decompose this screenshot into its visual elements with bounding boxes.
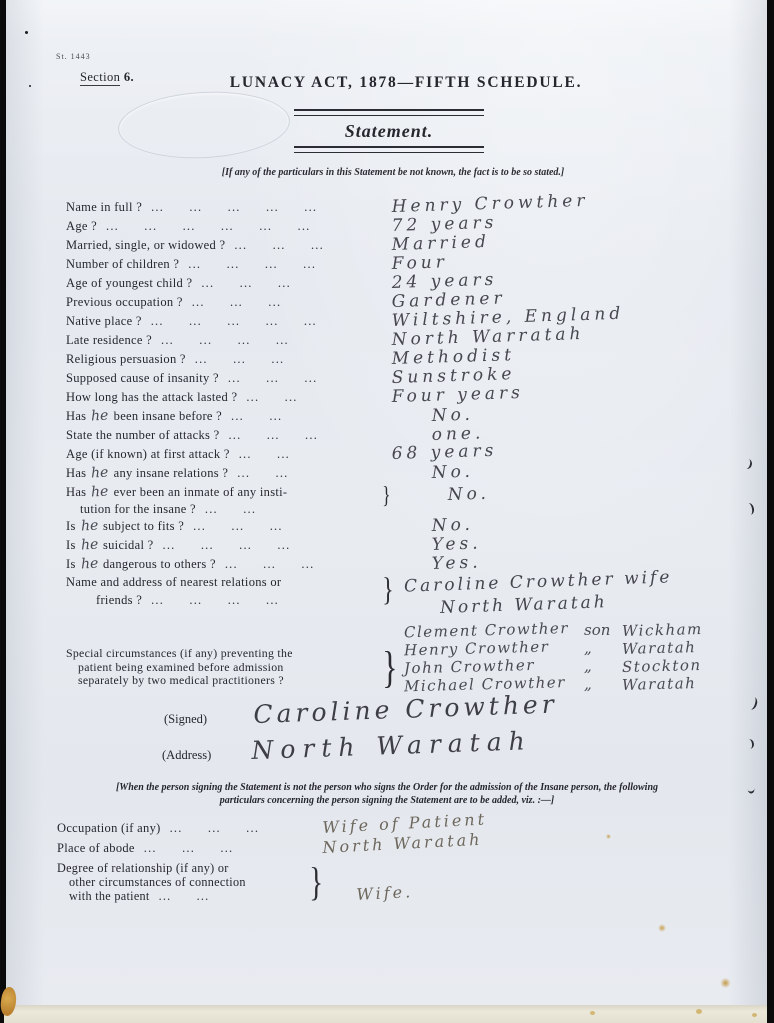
label-line: Married, single, or widowed ?... ... ...	[66, 236, 380, 255]
address-label: (Address)	[162, 748, 228, 763]
question-label-block: Ishesubject to fits ?... ... ...	[66, 517, 380, 536]
label-line: Name in full ?... ... ... ... ...	[66, 198, 380, 217]
question-label: patient being examined before admission	[78, 661, 284, 675]
label-line: Supposed cause of insanity ?... ... ...	[66, 369, 380, 388]
dot-leaders: ... ... ...	[161, 818, 307, 838]
stain	[720, 978, 731, 988]
question-label: Native place ?	[66, 312, 142, 331]
dot-leaders: ... ... ...	[184, 517, 380, 536]
footer-row: Place of abode... ... ... North Waratah	[57, 838, 677, 858]
question-label-block: Married, single, or widowed ?... ... ...	[66, 236, 380, 255]
pronoun-he: he	[75, 554, 103, 574]
question-label: Has	[66, 464, 86, 483]
dot-leaders: ... ...	[230, 445, 380, 464]
question-label: Religious persuasion ?	[66, 350, 186, 369]
pronoun-he: he	[75, 516, 103, 536]
question-row: Late residence ?... ... ... ...North War…	[66, 331, 762, 350]
relative-place: Stockton	[622, 656, 702, 676]
question-row: Hasheany insane relations ?... ...No.	[66, 464, 762, 483]
section-label: Section 6.	[80, 70, 134, 85]
stain	[658, 924, 666, 932]
address-row: (Address) North Waratah	[162, 736, 532, 765]
signed-label: (Signed)	[164, 712, 230, 727]
label-line: Ishesubject to fits ?... ... ...	[66, 517, 380, 536]
label-line: Age of youngest child ?... ... ...	[66, 274, 380, 293]
dot-leaders: ... ... ...	[216, 555, 380, 574]
label-line: Religious persuasion ?... ... ...	[66, 350, 380, 369]
question-row: Hasheever been an inmate of any insti-tu…	[66, 483, 762, 517]
question-label-block: Special circumstances (if any) preventin…	[66, 621, 380, 688]
answer-block: Caroline Crowther wife North Waratah	[404, 571, 672, 615]
stain	[590, 1011, 595, 1015]
label-line: Hashebeen insane before ?... ...	[66, 407, 380, 426]
question-label: Occupation (if any)	[57, 818, 161, 838]
relatives-list: Clement CrowthersonWickhamHenry Crowther…	[404, 621, 762, 693]
stain	[752, 1013, 757, 1017]
question-row: Married, single, or widowed ?... ... ...…	[66, 236, 762, 255]
label-line: Age (if known) at first attack ?... ...	[66, 445, 380, 464]
label-line: Number of children ?... ... ... ...	[66, 255, 380, 274]
label-line: separately by two medical practitioners …	[66, 674, 392, 688]
question-label-block: Late residence ?... ... ... ...	[66, 331, 380, 350]
relative-entry: Michael Crowther„Waratah	[404, 675, 762, 693]
label-line: Ishedangerous to others ?... ... ...	[66, 555, 380, 574]
dot-leaders: ... ... ... ...	[154, 536, 380, 555]
question-label-block: Previous occupation ?... ... ...	[66, 293, 380, 312]
question-label: been insane before ?	[114, 407, 222, 426]
question-label: Name in full ?	[66, 198, 142, 217]
dot-leaders: ... ...	[228, 464, 380, 483]
ditto-mark: son	[584, 621, 622, 639]
question-label: any insane relations ?	[114, 464, 229, 483]
ditto-mark: „	[584, 657, 622, 675]
label-line: patient being examined before admission	[66, 661, 392, 675]
question-row: Supposed cause of insanity ?... ... ...S…	[66, 369, 762, 388]
question-row: Native place ?... ... ... ... ...Wiltshi…	[66, 312, 762, 331]
question-label-block: State the number of attacks ?... ... ...	[66, 426, 380, 445]
label-line: State the number of attacks ?... ... ...	[66, 426, 380, 445]
question-label-block: Ishedangerous to others ?... ... ...	[66, 555, 380, 574]
label-line: with the patient... ...	[57, 889, 319, 903]
double-rule-top	[294, 109, 484, 116]
addendum-note-line: particulars concerning the person signin…	[28, 795, 746, 808]
question-row: Age (if known) at first attack ?... ...6…	[66, 445, 762, 464]
label-line: Degree of relationship (if any) or	[57, 861, 307, 875]
question-row: How long has the attack lasted ?... ...F…	[66, 388, 762, 407]
ink-speck	[25, 31, 28, 34]
ink-speck	[29, 85, 31, 87]
question-label: dangerous to others ?	[103, 555, 216, 574]
question-label-block: Age ?... ... ... ... ... ...	[66, 217, 380, 236]
question-label: Degree of relationship (if any) or	[57, 861, 229, 875]
label-line: Late residence ?... ... ... ...	[66, 331, 380, 350]
section-word: Section	[80, 70, 120, 86]
stain	[696, 1009, 702, 1014]
question-label-block: Number of children ?... ... ... ...	[66, 255, 380, 274]
question-label-block: How long has the attack lasted ?... ...	[66, 388, 380, 407]
dot-leaders: ... ... ...	[183, 293, 380, 312]
question-label-block: Religious persuasion ?... ... ...	[66, 350, 380, 369]
pronoun-he: he	[86, 463, 114, 483]
relative-place: Waratah	[622, 638, 697, 658]
question-label-block: Degree of relationship (if any) or other…	[57, 861, 307, 903]
label-line: Occupation (if any)... ... ...	[57, 818, 307, 838]
question-label: Has	[66, 407, 86, 426]
label-line: Hasheever been an inmate of any insti-	[66, 483, 380, 502]
relations-section: Name and address of nearest relations or…	[66, 573, 762, 693]
question-row: Name in full ?... ... ... ... ...Henry C…	[66, 198, 762, 217]
question-label-block: Name and address of nearest relations or…	[66, 573, 380, 609]
question-label-block: Hashebeen insane before ?... ...	[66, 407, 380, 426]
dot-leaders: ... ...	[237, 388, 380, 407]
question-row: Age of youngest child ?... ... ...24 yea…	[66, 274, 762, 293]
label-line: Hasheany insane relations ?... ...	[66, 464, 380, 483]
question-label-block: Native place ?... ... ... ... ...	[66, 312, 380, 331]
brace: }	[309, 861, 321, 903]
question-label-block: Hasheany insane relations ?... ...	[66, 464, 380, 483]
question-label: Previous occupation ?	[66, 293, 183, 312]
question-label: suicidal ?	[103, 536, 154, 555]
question-label-block: Place of abode... ... ...	[57, 838, 307, 858]
statement-heading: Statement.	[294, 116, 484, 146]
question-label: separately by two medical practitioners …	[78, 674, 284, 688]
addendum-note: [When the person signing the Statement i…	[28, 782, 746, 807]
ditto-mark: „	[584, 639, 622, 657]
question-label: Special circumstances (if any) preventin…	[66, 647, 293, 661]
answer-value: No.	[431, 463, 474, 483]
section-number: 6.	[124, 70, 134, 84]
under-sheet-edge	[4, 1005, 767, 1023]
question-label: tution for the insane ?	[80, 502, 196, 517]
question-label-block: Ishesuicidal ?... ... ... ...	[66, 536, 380, 555]
question-row: State the number of attacks ?... ... ...…	[66, 426, 762, 445]
instruction-note: [If any of the particulars in this State…	[98, 167, 688, 178]
question-row: Hashebeen insane before ?... ...No.	[66, 407, 762, 426]
document-title: LUNACY ACT, 1878—FIFTH SCHEDULE.	[166, 74, 646, 92]
question-row: Age ?... ... ... ... ... ...72 years	[66, 217, 762, 236]
question-label: other circumstances of connection	[69, 875, 246, 889]
label-line: Special circumstances (if any) preventin…	[66, 647, 380, 661]
stain	[606, 834, 611, 839]
question-label: friends ?	[96, 591, 142, 609]
answer-value: Wife.	[356, 882, 414, 905]
question-label-block: Supposed cause of insanity ?... ... ...	[66, 369, 380, 388]
question-label-block: Age (if known) at first attack ?... ...	[66, 445, 380, 464]
question-label: subject to fits ?	[103, 517, 184, 536]
question-label: Has	[66, 483, 86, 502]
brace: }	[382, 573, 394, 607]
label-line: How long has the attack lasted ?... ...	[66, 388, 380, 407]
label-line: friends ?... ... ... ...	[66, 591, 410, 609]
answer-value: Four years	[391, 384, 524, 407]
ditto-mark: „	[584, 675, 622, 693]
pronoun-he: he	[86, 406, 114, 426]
question-label-block: Occupation (if any)... ... ...	[57, 818, 307, 838]
question-label: Number of children ?	[66, 255, 179, 274]
label-line: Native place ?... ... ... ... ...	[66, 312, 380, 331]
question-label: Is	[66, 517, 76, 536]
question-label: Late residence ?	[66, 331, 152, 350]
question-label: Married, single, or widowed ?	[66, 236, 225, 255]
question-label: Name and address of nearest relations or	[66, 573, 281, 591]
label-line: tution for the insane ?... ...	[66, 502, 394, 517]
footer-row: Degree of relationship (if any) or other…	[57, 861, 677, 905]
brace: }	[382, 483, 394, 509]
question-label: Supposed cause of insanity ?	[66, 369, 219, 388]
question-row: Previous occupation ?... ... ...Gardener	[66, 293, 762, 312]
dot-leaders: ... ...	[150, 889, 319, 903]
label-line: Name and address of nearest relations or	[66, 573, 380, 591]
dot-leaders: ... ... ...	[219, 426, 380, 445]
relative-place: Waratah	[622, 674, 697, 694]
question-label: Is	[66, 555, 76, 574]
question-label: Place of abode	[57, 838, 135, 858]
dot-leaders: ... ... ...	[135, 838, 307, 858]
dot-leaders: ... ... ... ...	[152, 331, 380, 350]
addendum-note-line: [When the person signing the Statement i…	[28, 782, 746, 795]
answer-value: No.	[447, 485, 490, 505]
question-label-block: Name in full ?... ... ... ... ...	[66, 198, 380, 217]
address-value: North Waratah	[251, 726, 532, 765]
pronoun-he: he	[75, 535, 103, 555]
signature-value: Caroline Crowther	[253, 689, 558, 729]
label-line: Ishesuicidal ?... ... ... ...	[66, 536, 380, 555]
relative-place: Wickham	[622, 620, 703, 640]
label-line: Previous occupation ?... ... ...	[66, 293, 380, 312]
dot-leaders: ... ... ...	[192, 274, 380, 293]
embossed-seal	[116, 88, 291, 163]
dot-leaders: ... ... ...	[219, 369, 380, 388]
question-row: Special circumstances (if any) preventin…	[66, 621, 762, 693]
dot-leaders: ... ... ... ...	[179, 255, 380, 274]
label-line: Place of abode... ... ...	[57, 838, 307, 858]
question-row: Ishesubject to fits ?... ... ...No.	[66, 517, 762, 536]
question-label-block: Age of youngest child ?... ... ...	[66, 274, 380, 293]
dot-leaders: ... ... ...	[225, 236, 380, 255]
question-list: Name in full ?... ... ... ... ...Henry C…	[66, 198, 762, 574]
question-label-block: Hasheever been an inmate of any insti-tu…	[66, 483, 380, 517]
question-label: ever been an inmate of any insti-	[114, 483, 288, 502]
question-label: Age (if known) at first attack ?	[66, 445, 230, 464]
dot-leaders: ... ...	[196, 502, 394, 517]
scanned-document-page: St. 1443 Section 6. LUNACY ACT, 1878—FIF…	[0, 0, 774, 1023]
footer-section: Occupation (if any)... ... ... Wife of P…	[57, 818, 677, 905]
dot-leaders: ... ... ...	[186, 350, 380, 369]
label-line: Age ?... ... ... ... ... ...	[66, 217, 380, 236]
double-rule-bottom	[294, 146, 484, 153]
question-row: Number of children ?... ... ... ...Four	[66, 255, 762, 274]
question-row: Ishesuicidal ?... ... ... ...Yes.	[66, 536, 762, 555]
dot-leaders: ... ...	[222, 407, 380, 426]
question-label: State the number of attacks ?	[66, 426, 219, 445]
question-label: Age of youngest child ?	[66, 274, 192, 293]
question-label: with the patient	[69, 889, 150, 903]
question-label: How long has the attack lasted ?	[66, 388, 237, 407]
signed-row: (Signed) Caroline Crowther	[164, 700, 558, 729]
dot-leaders: ... ... ... ...	[142, 591, 410, 609]
label-line: other circumstances of connection	[57, 875, 319, 889]
dot-leaders: ... ... ... ... ...	[142, 198, 380, 217]
question-label: Is	[66, 536, 76, 555]
answer-value: 68 years	[391, 442, 497, 464]
question-row: Religious persuasion ?... ... ...Methodi…	[66, 350, 762, 369]
pronoun-he: he	[86, 482, 114, 502]
question-label: Age ?	[66, 217, 97, 236]
dot-leaders: ... ... ... ... ...	[142, 312, 380, 331]
question-row: Name and address of nearest relations or…	[66, 573, 762, 615]
statement-heading-block: Statement.	[294, 109, 484, 153]
form-number: St. 1443	[56, 52, 91, 61]
paper-sheet: St. 1443 Section 6. LUNACY ACT, 1878—FIF…	[6, 0, 767, 1006]
brace: }	[382, 645, 394, 691]
dot-leaders: ... ... ... ... ... ...	[97, 217, 380, 236]
